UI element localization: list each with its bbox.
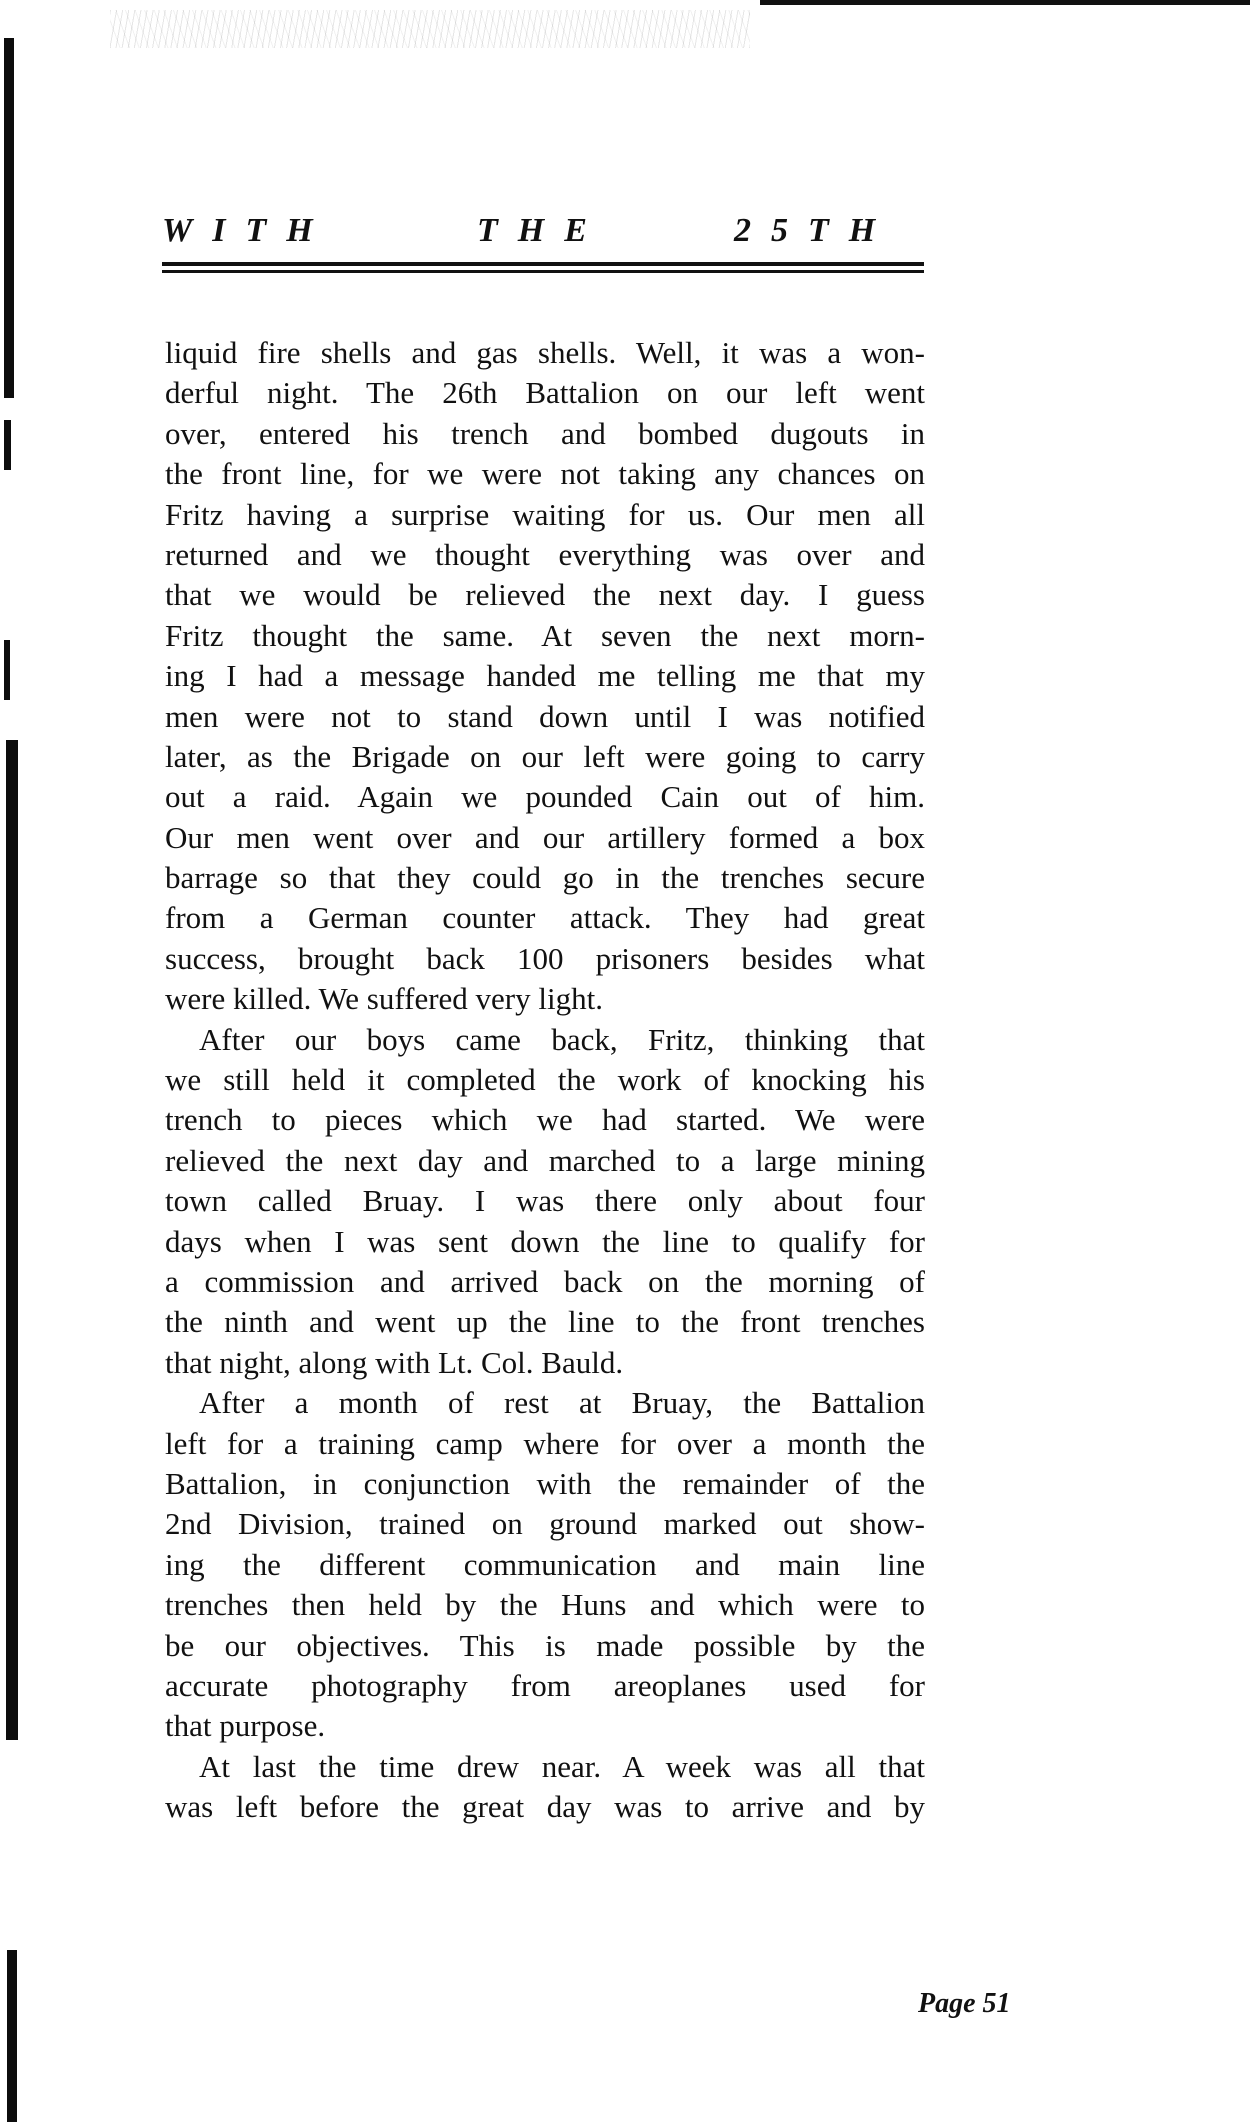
running-head: WITH THE 25TH <box>162 206 924 256</box>
text-line: that night, along with Lt. Col. Bauld. <box>165 1343 925 1383</box>
text-line: over, entered his trench and bombed dugo… <box>165 414 925 454</box>
text-line: left for a training camp where for over … <box>165 1424 925 1464</box>
scan-noise <box>110 10 750 48</box>
text-line: Our men went over and our artillery form… <box>165 818 925 858</box>
text-line: was left before the great day was to arr… <box>165 1787 925 1827</box>
text-line: a commission and arrived back on the mor… <box>165 1262 925 1302</box>
text-line: liquid fire shells and gas shells. Well,… <box>165 333 925 373</box>
text-line: be our objectives. This is made possible… <box>165 1626 925 1666</box>
text-line: from a German counter attack. They had g… <box>165 898 925 938</box>
scan-edge-top <box>760 0 1250 5</box>
text-line: we still held it completed the work of k… <box>165 1060 925 1100</box>
header-rule-bottom <box>162 270 924 273</box>
running-head-left: WITH <box>162 206 333 256</box>
text-line: Battalion, in conjunction with the remai… <box>165 1464 925 1504</box>
text-line: later, as the Brigade on our left were g… <box>165 737 925 777</box>
text-line: the front line, for we were not taking a… <box>165 454 925 494</box>
text-line: that purpose. <box>165 1706 925 1746</box>
running-head-right: 25TH <box>734 206 895 256</box>
text-line: Fritz thought the same. At seven the nex… <box>165 616 925 656</box>
text-line: that we would be relieved the next day. … <box>165 575 925 615</box>
text-line: 2nd Division, trained on ground marked o… <box>165 1504 925 1544</box>
text-line: were killed. We suffered very light. <box>165 979 925 1019</box>
body-text: liquid fire shells and gas shells. Well,… <box>165 333 925 1827</box>
running-head-center: THE <box>477 206 607 256</box>
text-line: ing I had a message handed me telling me… <box>165 656 925 696</box>
text-line: men were not to stand down until I was n… <box>165 697 925 737</box>
scan-edge-left <box>4 640 10 700</box>
text-line: returned and we thought everything was o… <box>165 535 925 575</box>
text-line: ing the different communication and main… <box>165 1545 925 1585</box>
text-line: trenches then held by the Huns and which… <box>165 1585 925 1625</box>
text-line: days when I was sent down the line to qu… <box>165 1222 925 1262</box>
text-line: After a month of rest at Bruay, the Batt… <box>165 1383 925 1423</box>
scan-edge-left <box>7 1950 17 2122</box>
text-line: derful night. The 26th Battalion on our … <box>165 373 925 413</box>
text-line: town called Bruay. I was there only abou… <box>165 1181 925 1221</box>
text-line: out a raid. Again we pounded Cain out of… <box>165 777 925 817</box>
text-line: trench to pieces which we had started. W… <box>165 1100 925 1140</box>
text-line: Fritz having a surprise waiting for us. … <box>165 495 925 535</box>
text-line: At last the time drew near. A week was a… <box>165 1747 925 1787</box>
text-line: success, brought back 100 prisoners besi… <box>165 939 925 979</box>
scan-edge-left <box>4 38 14 398</box>
header-rule-top <box>162 262 924 266</box>
scan-edge-left <box>6 740 18 1740</box>
text-line: After our boys came back, Fritz, thinkin… <box>165 1020 925 1060</box>
text-line: relieved the next day and marched to a l… <box>165 1141 925 1181</box>
text-line: accurate photography from areoplanes use… <box>165 1666 925 1706</box>
page-number: Page 51 <box>918 1988 1011 2020</box>
text-line: the ninth and went up the line to the fr… <box>165 1302 925 1342</box>
text-line: barrage so that they could go in the tre… <box>165 858 925 898</box>
scan-edge-left <box>4 420 11 470</box>
